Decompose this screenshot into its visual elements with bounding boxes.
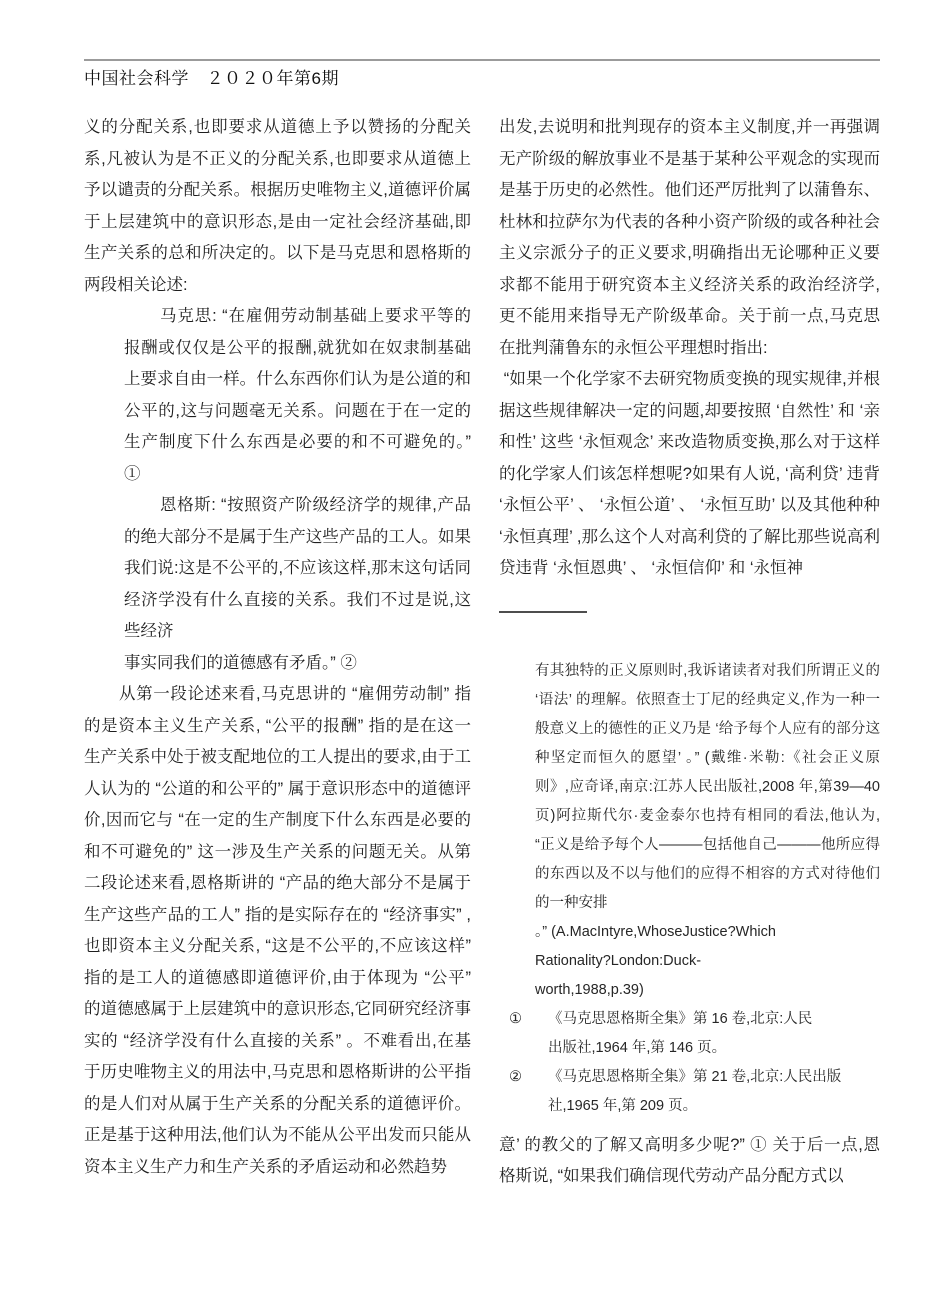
footnote-item: ① 《马克思恩格斯全集》第 16 卷,北京:人民 出版社,1964 年,第 14… [499, 1005, 880, 1063]
footnote-marker: ② [509, 1063, 548, 1121]
left-column: 义的分配关系,也即要求从道德上予以赞扬的分配关系,凡被认为是不正义的分配关系,也… [84, 112, 471, 1193]
left-analysis-paragraph: 从第一段论述来看,马克思讲的 “雇佣劳动制” 指的是资本主义生产关系, “公平的… [84, 679, 471, 1183]
engels-quote: 恩格斯: “按照资产阶级经济学的规律,产品的绝大部分不是属于生产这些产品的工人。… [124, 490, 471, 679]
right-column: 出发,去说明和批判现存的资本主义制度,并一再强调无产阶级的解放事业不是基于某种公… [499, 112, 880, 1193]
right-paragraph-continuation: 出发,去说明和批判现存的资本主义制度,并一再强调无产阶级的解放事业不是基于某种公… [499, 112, 880, 364]
footnote-item: ② 《马克思恩格斯全集》第 21 卷,北京:人民出版 社,1965 年,第 20… [499, 1063, 880, 1121]
right-body-resume-paragraph: 意’ 的教父的了解又高明多少呢?” ① 关于后一点,恩格斯说, “如果我们确信现… [499, 1130, 880, 1193]
marx-quote: 马克思: “在雇佣劳动制基础上要求平等的报酬或仅仅是公平的报酬,就犹如在奴隶制基… [124, 301, 471, 490]
footnote-continuation: 有其独特的正义原则时,我诉诸读者对我们所谓正义的 ‘语法’ 的理解。依照查士丁尼… [535, 657, 880, 1005]
chemist-quote: “如果一个化学家不去研究物质变换的现实规律,并根据这些规律解决一定的问题,却要按… [499, 364, 880, 585]
left-paragraph-continuation: 义的分配关系,也即要求从道德上予以赞扬的分配关系,凡被认为是不正义的分配关系,也… [84, 112, 471, 301]
content-columns: 义的分配关系,也即要求从道德上予以赞扬的分配关系,凡被认为是不正义的分配关系,也… [84, 112, 880, 1193]
footnote-separator [499, 611, 587, 613]
header-rule [84, 59, 880, 61]
journal-page: 中国社会科学 ２０２０年第6期 义的分配关系,也即要求从道德上予以赞扬的分配关系… [0, 0, 950, 1300]
footnote-text: 《马克思恩格斯全集》第 16 卷,北京:人民 出版社,1964 年,第 146 … [548, 1005, 880, 1063]
footnote-block: 有其独特的正义原则时,我诉诸读者对我们所谓正义的 ‘语法’ 的理解。依照查士丁尼… [499, 657, 880, 1121]
journal-title: 中国社会科学 ２０２０年第6期 [84, 66, 880, 92]
footnote-text: 《马克思恩格斯全集》第 21 卷,北京:人民出版 社,1965 年,第 209 … [548, 1063, 880, 1121]
footnote-marker: ① [509, 1005, 548, 1063]
page-header: 中国社会科学 ２０２０年第6期 [84, 59, 880, 92]
